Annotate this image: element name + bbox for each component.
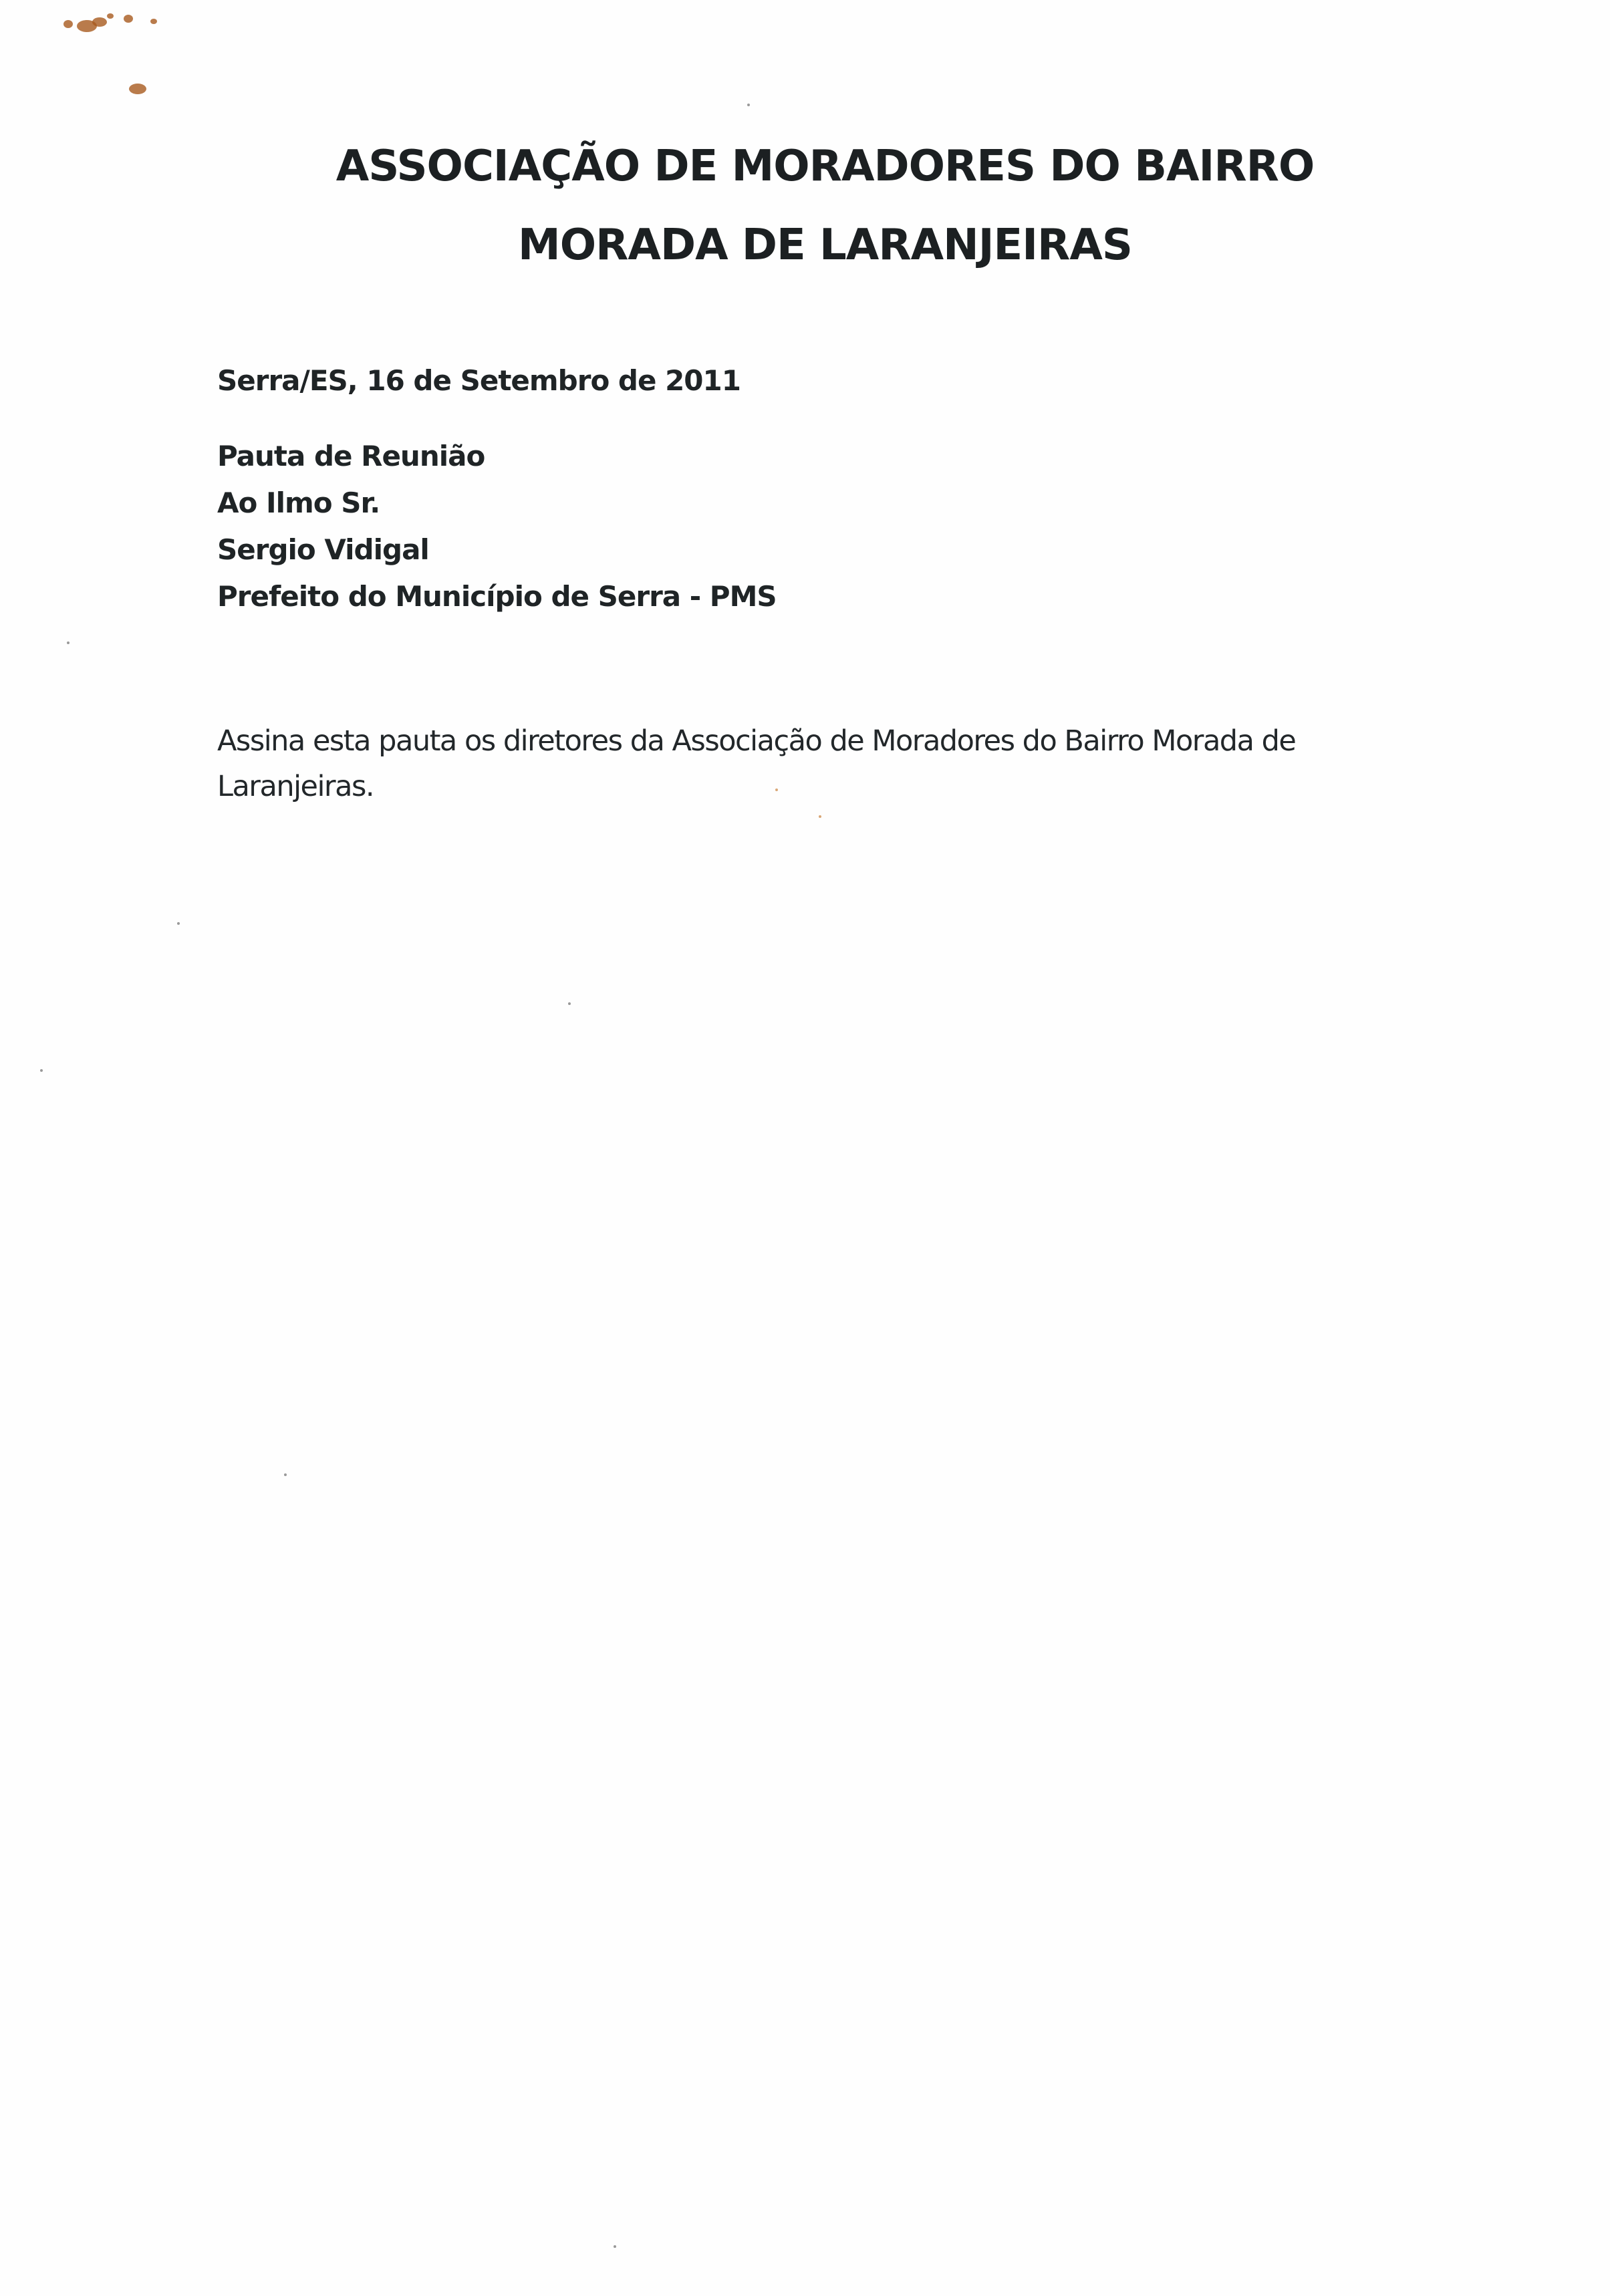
subject-line: Pauta de Reunião xyxy=(217,440,485,472)
document-title-line-1: ASSOCIAÇÃO DE MORADORES DO BAIRRO xyxy=(20,142,1610,191)
salutation-line: Ao Ilmo Sr. xyxy=(217,486,380,519)
body-paragraph: Assina esta pauta os diretores da Associ… xyxy=(217,718,1353,809)
document-title-line-2: MORADA DE LARANJEIRAS xyxy=(20,221,1610,270)
recipient-title: Prefeito do Município de Serra - PMS xyxy=(217,580,777,613)
scanned-page: ASSOCIAÇÃO DE MORADORES DO BAIRRO MORADA… xyxy=(0,0,1610,2296)
date-line: Serra/ES, 16 de Setembro de 2011 xyxy=(217,364,741,397)
recipient-name: Sergio Vidigal xyxy=(217,533,429,566)
